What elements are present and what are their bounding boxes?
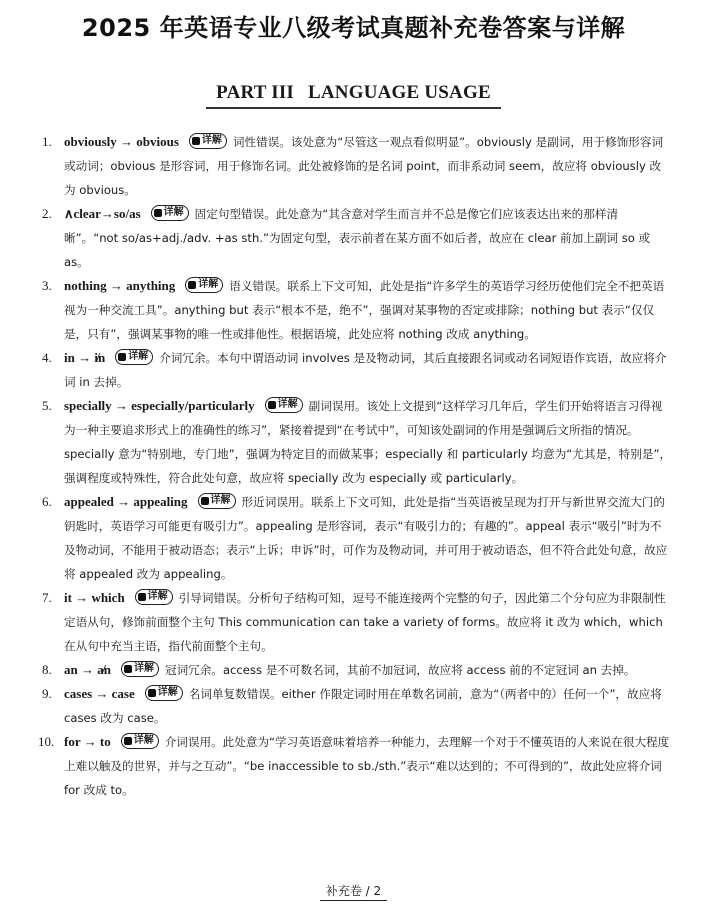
bullet-icon: [124, 665, 132, 673]
part-number: PART III: [216, 82, 294, 103]
badge-label: 详解: [134, 662, 154, 676]
detail-badge: 详解: [121, 733, 159, 749]
badge-label: 详解: [202, 134, 222, 148]
item-number: 4.: [42, 346, 52, 370]
answer-item: 8.an → a̸n详解冠词冗余。access 是不可数名词，其前不加冠词，故应…: [42, 658, 672, 682]
answer-item: 9.cases → case详解名词单复数错误。either 作限定词时用在单数…: [42, 682, 672, 730]
badge-label: 详解: [164, 206, 184, 220]
bullet-icon: [188, 281, 196, 289]
bullet-icon: [138, 593, 146, 601]
item-number: 7.: [42, 586, 52, 610]
item-number: 9.: [42, 682, 52, 706]
page-number: 补充卷 / 2: [320, 882, 387, 901]
page-title: 2025 年英语专业八级考试真题补充卷答案与详解: [0, 8, 707, 43]
answer-item: 5.specially → especially/particularly详解副…: [42, 394, 672, 490]
correction: in → i̸n: [64, 350, 105, 365]
bullet-icon: [118, 353, 126, 361]
part-name: LANGUAGE USAGE: [308, 82, 491, 103]
correction: nothing → anything: [64, 278, 175, 293]
item-number: 2.: [42, 202, 52, 226]
detail-badge: 详解: [135, 589, 173, 605]
correction: it → which: [64, 590, 125, 605]
detail-badge: 详解: [145, 685, 183, 701]
correction: appealed → appealing: [64, 494, 188, 509]
badge-label: 详解: [158, 686, 178, 700]
detail-badge: 详解: [189, 133, 227, 149]
bullet-icon: [201, 497, 209, 505]
badge-label: 详解: [148, 590, 168, 604]
detail-badge: 详解: [115, 349, 153, 365]
explanation: 冠词冗余。access 是不可数名词，其前不加冠词，故应将 access 前的不…: [165, 663, 635, 677]
detail-badge: 详解: [121, 661, 159, 677]
item-number: 10.: [38, 730, 54, 754]
bullet-icon: [192, 137, 200, 145]
correction: specially → especially/particularly: [64, 398, 255, 413]
bullet-icon: [154, 209, 162, 217]
detail-badge: 详解: [185, 277, 223, 293]
answer-item: 1.obviously → obvious详解词性错误。该处意为“尽管这一观点看…: [42, 130, 672, 202]
detail-badge: 详解: [198, 493, 236, 509]
item-number: 5.: [42, 394, 52, 418]
badge-label: 详解: [198, 278, 218, 292]
explanation: 介词冗余。本句中谓语动词 involves 是及物动词，其后直接跟名词或动名词短…: [64, 351, 667, 389]
bullet-icon: [124, 737, 132, 745]
answer-item: 3.nothing → anything详解语义错误。联系上下文可知，此处是指“…: [42, 274, 672, 346]
bullet-icon: [148, 689, 156, 697]
bullet-icon: [268, 401, 276, 409]
answer-item: 10.for → to详解介词误用。此处意为“学习英语意味着培养一种能力，去理解…: [42, 730, 672, 802]
item-number: 1.: [42, 130, 52, 154]
detail-badge: 详解: [151, 205, 189, 221]
correction: ∧clear→so/as: [64, 206, 141, 221]
answer-item: 4.in → i̸n详解介词冗余。本句中谓语动词 involves 是及物动词，…: [42, 346, 672, 394]
correction: for → to: [64, 734, 111, 749]
item-number: 3.: [42, 274, 52, 298]
badge-label: 详解: [278, 398, 298, 412]
item-number: 8.: [42, 658, 52, 682]
item-number: 6.: [42, 490, 52, 514]
answer-list: 1.obviously → obvious详解词性错误。该处意为“尽管这一观点看…: [42, 130, 672, 802]
badge-label: 详解: [211, 494, 231, 508]
answer-item: 6.appealed → appealing详解形近词误用。联系上下文可知，此处…: [42, 490, 672, 586]
correction: cases → case: [64, 686, 135, 701]
answer-item: 2.∧clear→so/as详解固定句型错误。此处意为“其含意对学生而言并不总是…: [42, 202, 672, 274]
section-heading: PART IIILANGUAGE USAGE: [0, 82, 707, 109]
detail-badge: 详解: [265, 397, 303, 413]
correction: obviously → obvious: [64, 134, 179, 149]
correction: an → a̸n: [64, 662, 111, 677]
badge-label: 详解: [128, 350, 148, 364]
badge-label: 详解: [134, 734, 154, 748]
page-footer: 补充卷 / 2: [0, 880, 707, 901]
answer-item: 7.it → which详解引导词错误。分析句子结构可知，逗号不能连接两个完整的…: [42, 586, 672, 658]
